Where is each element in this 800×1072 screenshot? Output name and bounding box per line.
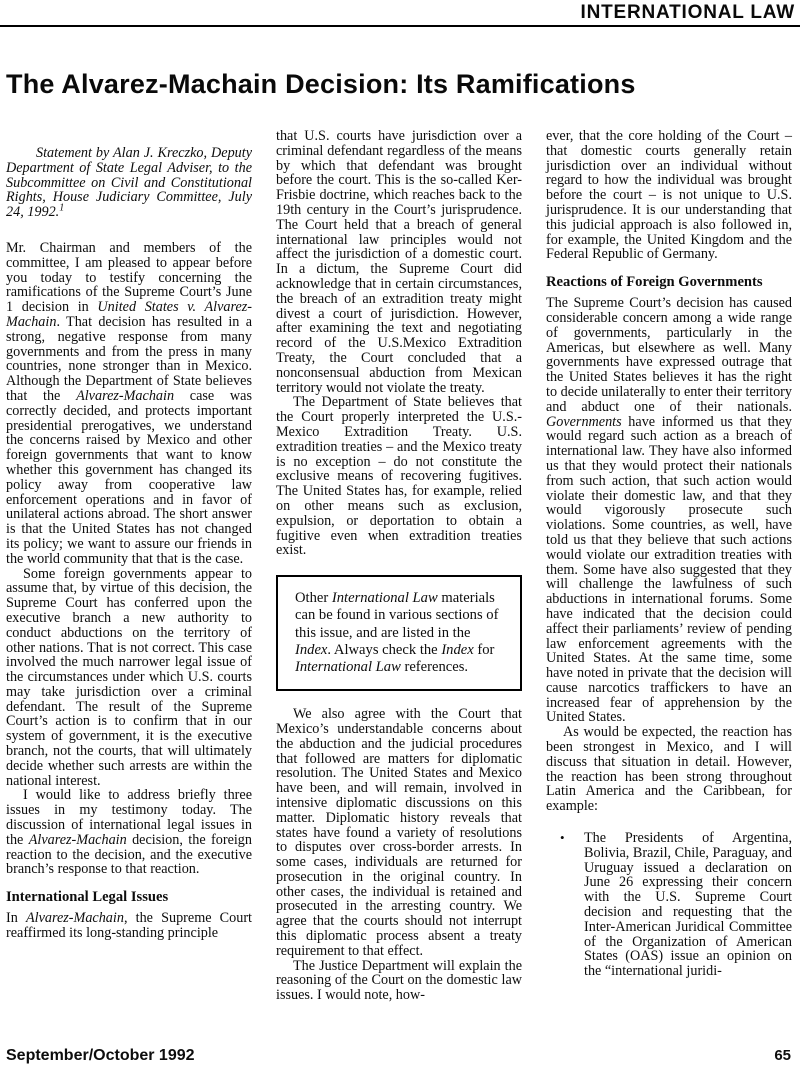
paragraph: We also agree with the Court that Mexico…	[276, 707, 522, 959]
paragraph: The Supreme Court’s decision has caused …	[546, 296, 792, 725]
heading-reactions-of-foreign-governments: Reactions of Foreign Governments	[546, 274, 792, 290]
heading-international-legal-issues: International Legal Issues	[6, 889, 252, 905]
paragraph: In Alvarez-Machain, the Supreme Court re…	[6, 911, 252, 941]
page-footer: September/October 1992 65	[6, 1047, 791, 1065]
paragraph: I would like to address briefly three is…	[6, 788, 252, 877]
section-header: INTERNATIONAL LAW	[6, 2, 795, 23]
paragraph: Mr. Chairman and members of the committe…	[6, 241, 252, 567]
paragraph: As would be expected, the reaction has b…	[546, 725, 792, 814]
callout-text: Other International Law materials can be…	[295, 590, 508, 676]
bullet-item-text: The Presidents of Argentina, Bolivia, Br…	[584, 831, 792, 979]
article-title: The Alvarez-Machain Decision: Its Ramifi…	[6, 69, 800, 99]
paragraph: ever, that the core holding of the Court…	[546, 129, 792, 262]
magazine-page: INTERNATIONAL LAW The Alvarez-Machain De…	[0, 0, 800, 1072]
article-columns: Statement by Alan J. Kreczko, Deputy Dep…	[6, 129, 792, 1003]
header-rule	[0, 25, 800, 27]
page-number: 65	[774, 1047, 791, 1064]
column-2: that U.S. courts have jurisdiction over …	[276, 129, 522, 1003]
bullet-icon: •	[560, 831, 584, 846]
column-3: ever, that the core holding of the Court…	[546, 129, 792, 1003]
paragraph: that U.S. courts have jurisdiction over …	[276, 129, 522, 395]
paragraph: Some foreign governments appear to assum…	[6, 567, 252, 789]
issue-date: September/October 1992	[6, 1047, 195, 1065]
statement-byline: Statement by Alan J. Kreczko, Deputy Dep…	[6, 146, 252, 220]
index-callout-box: Other International Law materials can be…	[276, 575, 522, 691]
paragraph: The Justice Department will explain the …	[276, 959, 522, 1003]
column-1: Statement by Alan J. Kreczko, Deputy Dep…	[6, 129, 252, 1003]
paragraph: The Department of State believes that th…	[276, 395, 522, 558]
list-item: • The Presidents of Argentina, Bolivia, …	[560, 831, 792, 979]
bullet-list: • The Presidents of Argentina, Bolivia, …	[546, 831, 792, 979]
page-header: INTERNATIONAL LAW	[0, 0, 800, 27]
